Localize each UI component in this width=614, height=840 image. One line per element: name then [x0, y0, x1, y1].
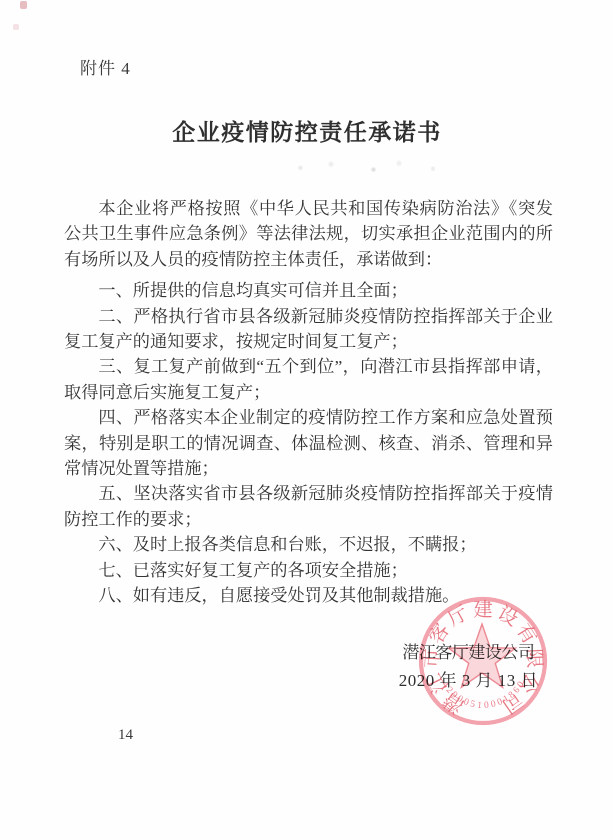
signature-block: 潜江客厅建设公司 2020 年 3 月 13 日 [399, 639, 538, 694]
body-text: 本企业将严格按照《中华人民共和国传染病防治法》《突发公共卫生事件应急条例》等法律… [64, 196, 553, 609]
paragraph-item-8: 八、如有违反，自愿接受处罚及其他制裁措施。 [64, 583, 553, 608]
signature-date: 2020 年 3 月 13 日 [399, 667, 538, 695]
paragraph-item-3: 三、复工复产前做到“五个到位”，向潜江市县指挥部申请，取得同意后实施复工复产； [64, 354, 553, 405]
scan-artifact-dot [13, 24, 19, 30]
svg-text:1: 1 [502, 694, 511, 705]
svg-text:0: 0 [484, 701, 490, 711]
svg-text:0: 0 [462, 697, 470, 708]
paragraph-item-1: 一、所提供的信息均真实可信并且全面； [64, 278, 553, 303]
signature-company: 潜江客厅建设公司 [399, 639, 538, 667]
faint-smudge [280, 157, 450, 175]
paragraph-intro: 本企业将严格按照《中华人民共和国传染病防治法》《突发公共卫生事件应急条例》等法律… [64, 196, 553, 272]
attachment-label: 附件 4 [80, 54, 131, 79]
document-page: 附件 4 企业疫情防控责任承诺书 本企业将严格按照《中华人民共和国传染病防治法》… [0, 0, 614, 840]
paragraph-item-2: 二、严格执行省市县各级新冠肺炎疫情防控指挥部关于企业复工复产的通知要求，按规定时… [64, 304, 553, 355]
page-number: 14 [118, 727, 133, 744]
svg-text:0: 0 [455, 694, 464, 705]
paragraph-item-6: 六、及时上报各类信息和台账，不迟报，不瞒报； [64, 532, 553, 557]
svg-text:1: 1 [477, 701, 483, 711]
page-title: 企业疫情防控责任承诺书 [0, 114, 614, 147]
paragraph-item-7: 七、已落实好复工复产的各项安全措施； [64, 558, 553, 583]
paragraph-item-5: 五、坚决落实省市县各级新冠肺炎疫情防控指挥部关于疫情防控工作的要求； [64, 481, 553, 532]
svg-text:0: 0 [490, 699, 497, 710]
svg-text:0: 0 [496, 697, 504, 708]
paragraph-item-4: 四、严格落实本企业制定的疫情防控工作方案和应急处置预案，特别是职工的情况调查、体… [64, 405, 553, 481]
scan-artifact-dot [20, 1, 27, 9]
svg-text:5: 5 [469, 699, 476, 710]
